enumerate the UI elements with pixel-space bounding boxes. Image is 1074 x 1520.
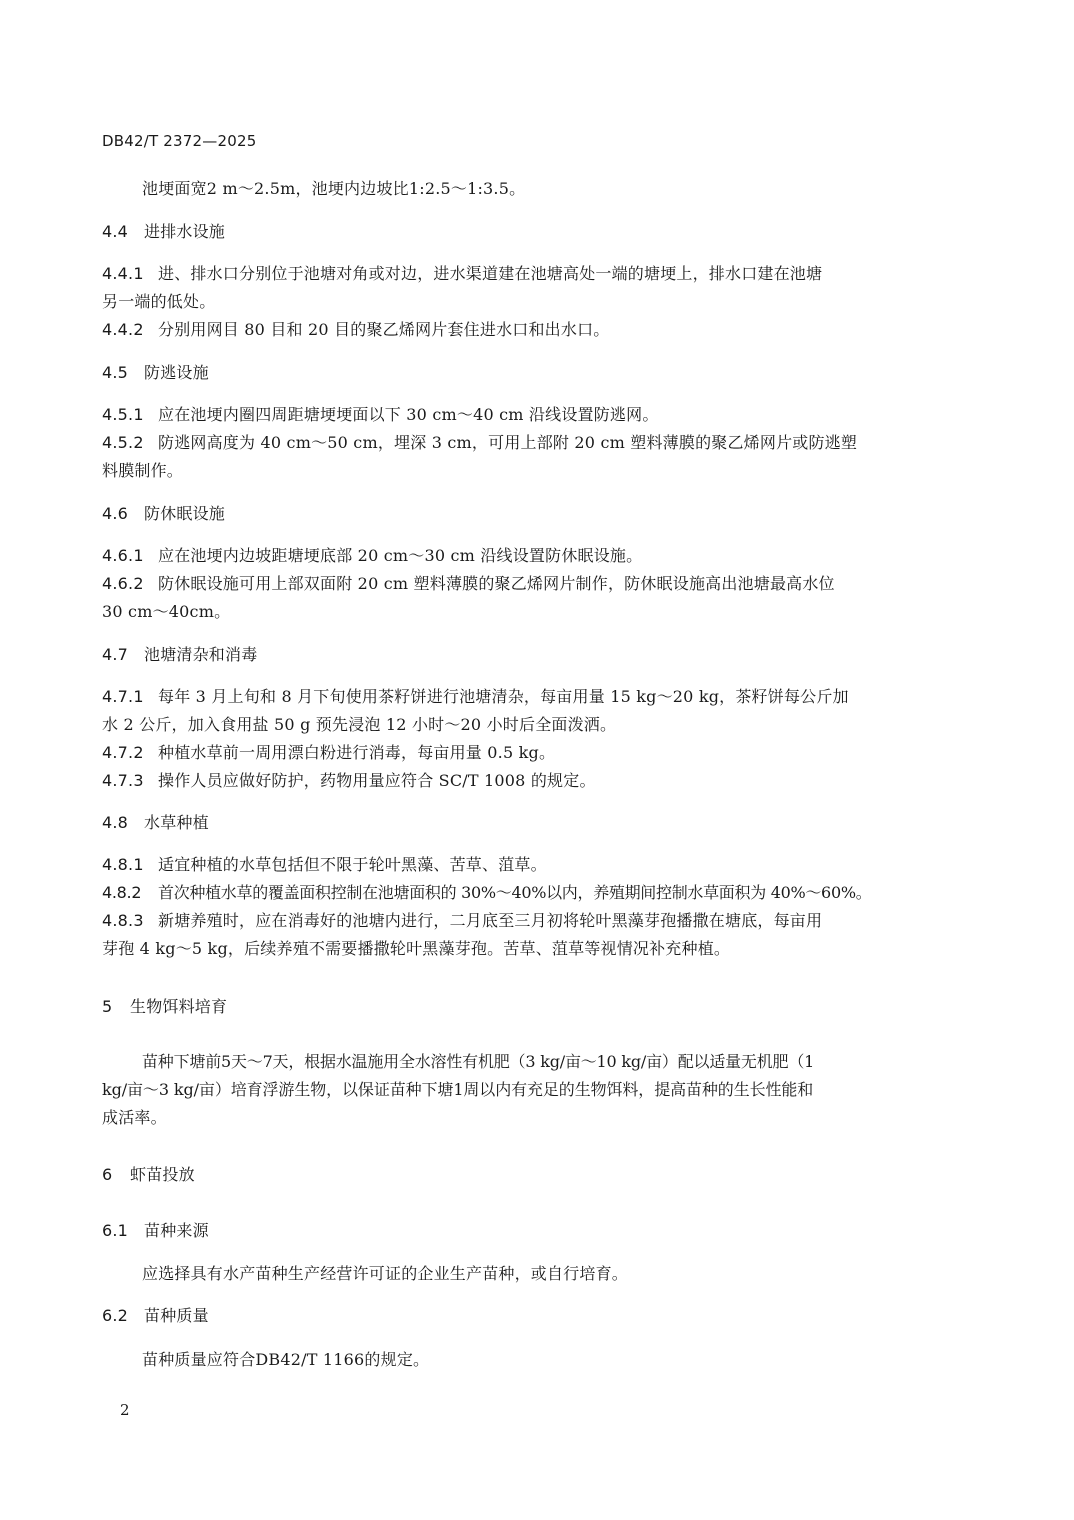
heading-title: 水草种植 [144,813,209,832]
clause-text: 种植水草前一周用漂白粉进行消毒，每亩用量 0.5 kg。 [158,743,555,762]
heading-4-8: 4.8水草种植 [102,813,209,833]
clause-number: 4.8.1 [102,855,158,875]
section-6-2-para: 苗种质量应符合DB42/T 1166的规定。 [142,1350,429,1370]
heading-6: 6虾苗投放 [102,1165,195,1185]
document-page: DB42/T 2372—2025 池埂面宽2 m～2.5m，池埂内边坡比1:2.… [0,0,1074,1520]
clause-4-8-1: 4.8.1适宜种植的水草包括但不限于轮叶黑藻、苦草、菹草。 [102,855,547,875]
heading-4-5: 4.5防逃设施 [102,363,209,383]
heading-number: 4.4 [102,222,144,242]
clause-text: 防逃网高度为 40 cm～50 cm，埋深 3 cm，可用上部附 20 cm 塑… [158,433,857,452]
clause-text: 适宜种植的水草包括但不限于轮叶黑藻、苦草、菹草。 [158,855,547,874]
heading-number: 4.5 [102,363,144,383]
heading-number: 4.6 [102,504,144,524]
heading-5: 5生物饵料培育 [102,997,227,1017]
heading-number: 4.8 [102,813,144,833]
section-5-para-line3: 成活率。 [102,1108,167,1128]
heading-4-7: 4.7池塘清杂和消毒 [102,645,257,665]
heading-title: 生物饵料培育 [130,997,227,1016]
clause-text: 防休眠设施可用上部双面附 20 cm 塑料薄膜的聚乙烯网片制作，防休眠设施高出池… [158,574,835,593]
clause-number: 4.5.1 [102,405,158,425]
clause-4-7-1: 4.7.1每年 3 月上旬和 8 月下旬使用茶籽饼进行池塘清杂，每亩用量 15 … [102,687,849,707]
heading-4-6: 4.6防休眠设施 [102,504,225,524]
clause-text: 操作人员应做好防护，药物用量应符合 SC/T 1008 的规定。 [158,771,596,790]
clause-4-7-1-cont: 水 2 公斤，加入食用盐 50 g 预先浸泡 12 小时～20 小时后全面泼洒。 [102,715,616,735]
heading-number: 4.7 [102,645,144,665]
clause-number: 4.6.2 [102,574,158,594]
clause-number: 4.7.1 [102,687,158,707]
clause-number: 4.6.1 [102,546,158,566]
heading-6-2: 6.2苗种质量 [102,1306,209,1326]
clause-4-8-3-cont: 芽孢 4 kg～5 kg，后续养殖不需要播撒轮叶黑藻芽孢。苦草、菹草等视情况补充… [102,939,730,959]
page-number: 2 [120,1400,130,1420]
heading-number: 5 [102,997,130,1017]
heading-4-4: 4.4进排水设施 [102,222,225,242]
clause-text: 每年 3 月上旬和 8 月下旬使用茶籽饼进行池塘清杂，每亩用量 15 kg～20… [158,687,849,706]
section-6-1-para: 应选择具有水产苗种生产经营许可证的企业生产苗种，或自行培育。 [142,1264,628,1284]
section-5-para-line2: kg/亩～3 kg/亩）培育浮游生物，以保证苗种下塘1周以内有充足的生物饵料，提… [102,1080,813,1100]
clause-text: 新塘养殖时，应在消毒好的池塘内进行，二月底至三月初将轮叶黑藻芽孢播撒在塘底，每亩… [158,911,822,930]
clause-text: 进、排水口分别位于池塘对角或对边，进水渠道建在池塘高处一端的塘埂上，排水口建在池… [158,264,822,283]
clause-4-5-1: 4.5.1应在池埂内圈四周距塘埂埂面以下 30 cm～40 cm 沿线设置防逃网… [102,405,659,425]
heading-6-1: 6.1苗种来源 [102,1221,209,1241]
clause-4-6-1: 4.6.1应在池埂内边坡距塘埂底部 20 cm～30 cm 沿线设置防休眠设施。 [102,546,642,566]
heading-title: 防逃设施 [144,363,209,382]
clause-number: 4.4.2 [102,320,158,340]
heading-title: 苗种质量 [144,1306,209,1325]
clause-4-4-1: 4.4.1进、排水口分别位于池塘对角或对边，进水渠道建在池塘高处一端的塘埂上，排… [102,264,822,284]
heading-number: 6.2 [102,1306,144,1326]
intro-paragraph: 池埂面宽2 m～2.5m，池埂内边坡比1:2.5～1:3.5。 [142,179,525,199]
clause-4-7-2: 4.7.2种植水草前一周用漂白粉进行消毒，每亩用量 0.5 kg。 [102,743,555,763]
clause-number: 4.7.2 [102,743,158,763]
heading-title: 进排水设施 [144,222,225,241]
clause-4-8-3: 4.8.3新塘养殖时，应在消毒好的池塘内进行，二月底至三月初将轮叶黑藻芽孢播撒在… [102,911,822,931]
heading-title: 苗种来源 [144,1221,209,1240]
clause-text: 应在池埂内边坡距塘埂底部 20 cm～30 cm 沿线设置防休眠设施。 [158,546,642,565]
document-code: DB42/T 2372—2025 [102,131,256,151]
clause-4-5-2: 4.5.2防逃网高度为 40 cm～50 cm，埋深 3 cm，可用上部附 20… [102,433,857,453]
heading-number: 6 [102,1165,130,1185]
clause-4-4-2: 4.4.2分别用网目 80 目和 20 目的聚乙烯网片套住进水口和出水口。 [102,320,609,340]
clause-number: 4.8.2 [102,883,158,903]
clause-text: 首次种植水草的覆盖面积控制在池塘面积的 30%～40%以内，养殖期间控制水草面积… [158,883,871,902]
clause-number: 4.5.2 [102,433,158,453]
clause-text: 分别用网目 80 目和 20 目的聚乙烯网片套住进水口和出水口。 [158,320,609,339]
clause-4-6-2: 4.6.2防休眠设施可用上部双面附 20 cm 塑料薄膜的聚乙烯网片制作，防休眠… [102,574,835,594]
clause-4-8-2: 4.8.2首次种植水草的覆盖面积控制在池塘面积的 30%～40%以内，养殖期间控… [102,883,871,903]
heading-title: 虾苗投放 [130,1165,195,1184]
clause-number: 4.7.3 [102,771,158,791]
clause-number: 4.4.1 [102,264,158,284]
clause-number: 4.8.3 [102,911,158,931]
heading-title: 防休眠设施 [144,504,225,523]
heading-title: 池塘清杂和消毒 [144,645,257,664]
clause-4-4-1-cont: 另一端的低处。 [102,292,215,312]
clause-text: 应在池埂内圈四周距塘埂埂面以下 30 cm～40 cm 沿线设置防逃网。 [158,405,659,424]
section-5-para-line1: 苗种下塘前5天～7天，根据水温施用全水溶性有机肥（3 kg/亩～10 kg/亩）… [142,1052,814,1072]
clause-4-5-2-cont: 料膜制作。 [102,461,183,481]
clause-4-7-3: 4.7.3操作人员应做好防护，药物用量应符合 SC/T 1008 的规定。 [102,771,596,791]
heading-number: 6.1 [102,1221,144,1241]
clause-4-6-2-cont: 30 cm～40cm。 [102,602,230,622]
